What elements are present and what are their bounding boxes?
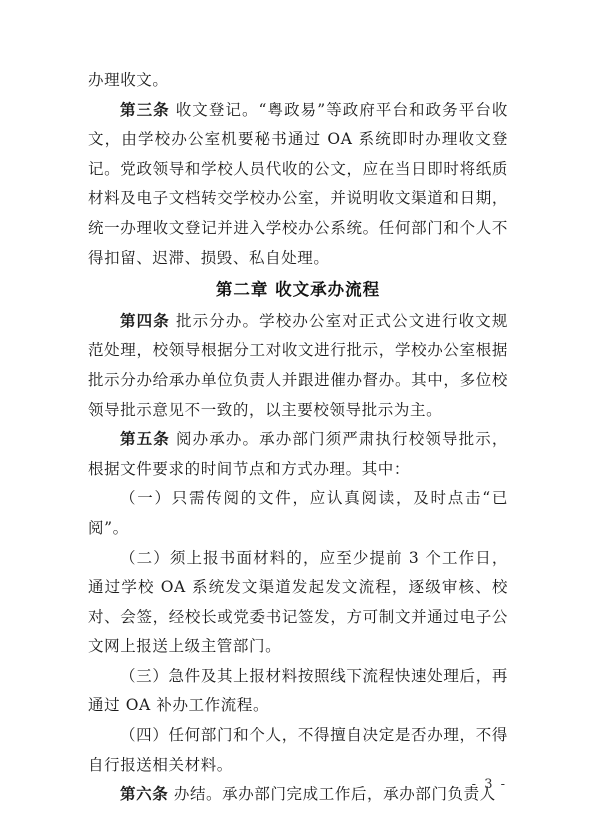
text-run: （二）须上报书面材料的，应至少提前 3 个工作日，通过学校 OA 系统发文渠道发… — [88, 549, 508, 656]
text-run: （四）任何部门和个人，不得擅自决定是否办理，不得自行报送相关材料。 — [88, 726, 508, 774]
text-run: 办结。承办部门完成工作后，承办部门负责人 — [168, 785, 496, 803]
text-run: 收文登记。“粤政易”等政府平台和政务平台收文，由学校办公室机要秘书通过 OA 系… — [88, 101, 508, 267]
paragraph: 第六条 办结。承办部门完成工作后，承办部门负责人 — [88, 780, 508, 810]
paragraph: 第四条 批示分办。学校办公室对正式公文进行收文规范处理，校领导根据分工对收文进行… — [88, 307, 508, 425]
text-run: 办理收文。 — [88, 71, 169, 89]
article-number-label: 第二章 收文承办流程 — [216, 280, 380, 299]
paragraph: 办理收文。 — [88, 66, 508, 96]
article-number-label: 第五条 — [120, 430, 170, 448]
page-number: - 3 - — [472, 777, 507, 792]
article-number-label: 第六条 — [120, 785, 168, 803]
paragraph: （三）急件及其上报材料按照线下流程快速处理后，再通过 OA 补办工作流程。 — [88, 662, 508, 721]
paragraph: 第三条 收文登记。“粤政易”等政府平台和政务平台收文，由学校办公室机要秘书通过 … — [88, 96, 508, 274]
article-number-label: 第三条 — [120, 101, 170, 119]
chapter-heading: 第二章 收文承办流程 — [88, 275, 508, 305]
page-footer: - 3 - — [472, 777, 507, 792]
document-page: 办理收文。第三条 收文登记。“粤政易”等政府平台和政务平台收文，由学校办公室机要… — [0, 0, 595, 835]
paragraph: 第五条 阅办承办。承办部门须严肃执行校领导批示，根据文件要求的时间节点和方式办理… — [88, 425, 508, 484]
document-body: 办理收文。第三条 收文登记。“粤政易”等政府平台和政务平台收文，由学校办公室机要… — [88, 66, 508, 810]
article-number-label: 第四条 — [120, 312, 170, 330]
text-run: （三）急件及其上报材料按照线下流程快速处理后，再通过 OA 补办工作流程。 — [88, 667, 508, 715]
text-run: （一）只需传阅的文件，应认真阅读，及时点击“已阅”。 — [88, 489, 508, 537]
paragraph: （四）任何部门和个人，不得擅自决定是否办理，不得自行报送相关材料。 — [88, 721, 508, 780]
paragraph: （二）须上报书面材料的，应至少提前 3 个工作日，通过学校 OA 系统发文渠道发… — [88, 544, 508, 662]
paragraph: （一）只需传阅的文件，应认真阅读，及时点击“已阅”。 — [88, 484, 508, 543]
